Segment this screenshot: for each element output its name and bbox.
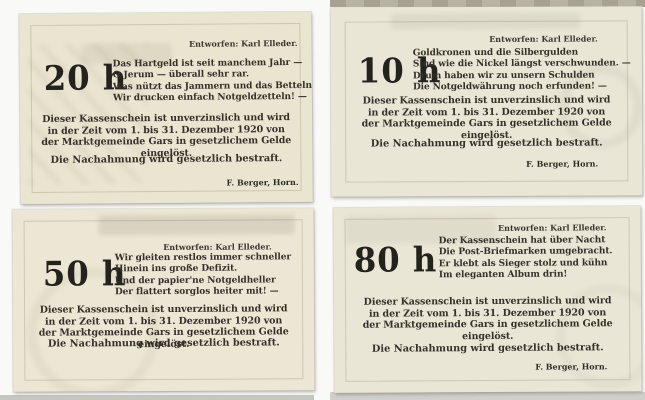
forgery-warning: Die Nachahmung wird gesetzlich bestraft.: [334, 342, 641, 355]
verse: Der Kassenschein hat über Nacht Die Post…: [439, 235, 613, 282]
notgeld-scan: Entworfen: Karl Elleder. 20 h Das Hartge…: [0, 0, 645, 400]
denomination: 80 h: [354, 243, 438, 278]
verse-line: Hinein ins große Defizit.: [115, 264, 291, 276]
verse-line: Die Notgeldwährung noch erfunden! —: [413, 82, 631, 94]
redemption-line: Dieser Kassenschein ist unverzinslich un…: [331, 94, 642, 107]
note-inner-border: [30, 23, 301, 193]
redemption-line: der Marktgemeinde Gars in gesetzlichem G…: [20, 135, 312, 149]
verse-line: Sind wie die Nickel längst verschwunden.…: [413, 59, 631, 71]
redemption-line: eingelöst.: [334, 330, 641, 343]
redemption-line: Dieser Kassenschein ist unverzinslich un…: [13, 303, 314, 316]
verse-line: Im eleganten Album drin!: [439, 269, 613, 281]
verse-line: Wir drucken einfach Notgeldzetteln! —: [113, 92, 313, 105]
redemption-line: der Marktgemeinde Gars in gesetzlichem G…: [334, 318, 641, 331]
printer-credit: F. Berger, Horn.: [526, 159, 598, 169]
printer-credit: F. Berger, Horn.: [226, 177, 298, 188]
verse-line: Und der papier'ne Notgeldheller: [115, 275, 291, 287]
redemption-text: Dieser Kassenschein ist unverzinslich un…: [334, 295, 641, 343]
verse-line: Wir gleiten restlos immer schneller: [115, 252, 291, 264]
verse: Goldkronen und die Silbergulden Sind wie…: [413, 47, 631, 94]
adjacent-note-edge-bottom-right: [330, 392, 645, 400]
redemption-text: Dieser Kassenschein ist unverzinslich un…: [331, 94, 642, 142]
verse-line: Die Post-Briefmarken umgebracht.: [439, 247, 613, 259]
bleedthrough-ghost: [391, 13, 581, 30]
notgeld-note-10h: Entworfen: Karl Elleder. 10 h Goldkronen…: [331, 6, 643, 196]
designer-credit: Entworfen: Karl Elleder.: [489, 34, 598, 44]
notgeld-note-20h: Entworfen: Karl Elleder. 20 h Das Hartge…: [19, 12, 312, 204]
designer-credit: Entworfen: Karl Elleder.: [498, 222, 607, 233]
adjacent-note-edge-bottom-left: [0, 395, 314, 400]
forgery-warning: Die Nachahmung wird gesetzlich bestraft.: [331, 137, 642, 149]
verse: Wir gleiten restlos immer schneller Hine…: [115, 252, 291, 299]
designer-credit: Entworfen: Karl Elleder.: [163, 241, 272, 252]
notgeld-note-50h: Entworfen: Karl Elleder. 50 h Wir gleite…: [13, 208, 315, 392]
notgeld-note-80h: Entworfen: Karl Elleder. 80 h Der Kassen…: [333, 206, 641, 393]
printer-credit: F. Berger, Horn.: [535, 361, 607, 371]
verse-line: Der flattert sorglos heiter mit! —: [115, 287, 291, 299]
redemption-line: der Marktgemeinde Gars in gesetzlichem G…: [331, 118, 642, 131]
designer-credit: Entworfen: Karl Elleder.: [189, 38, 298, 49]
forgery-warning: Die Nachahmung wird gesetzlich bestraft.: [20, 153, 312, 166]
forgery-warning: Die Nachahmung wird gesetzlich bestraft.: [13, 337, 314, 350]
verse-line: Er klebt als Sieger stolz und kühn: [439, 258, 613, 270]
verse: Das Hartgeld ist seit manchem Jahr — O J…: [113, 58, 313, 105]
bleedthrough-ghost: [99, 214, 295, 235]
